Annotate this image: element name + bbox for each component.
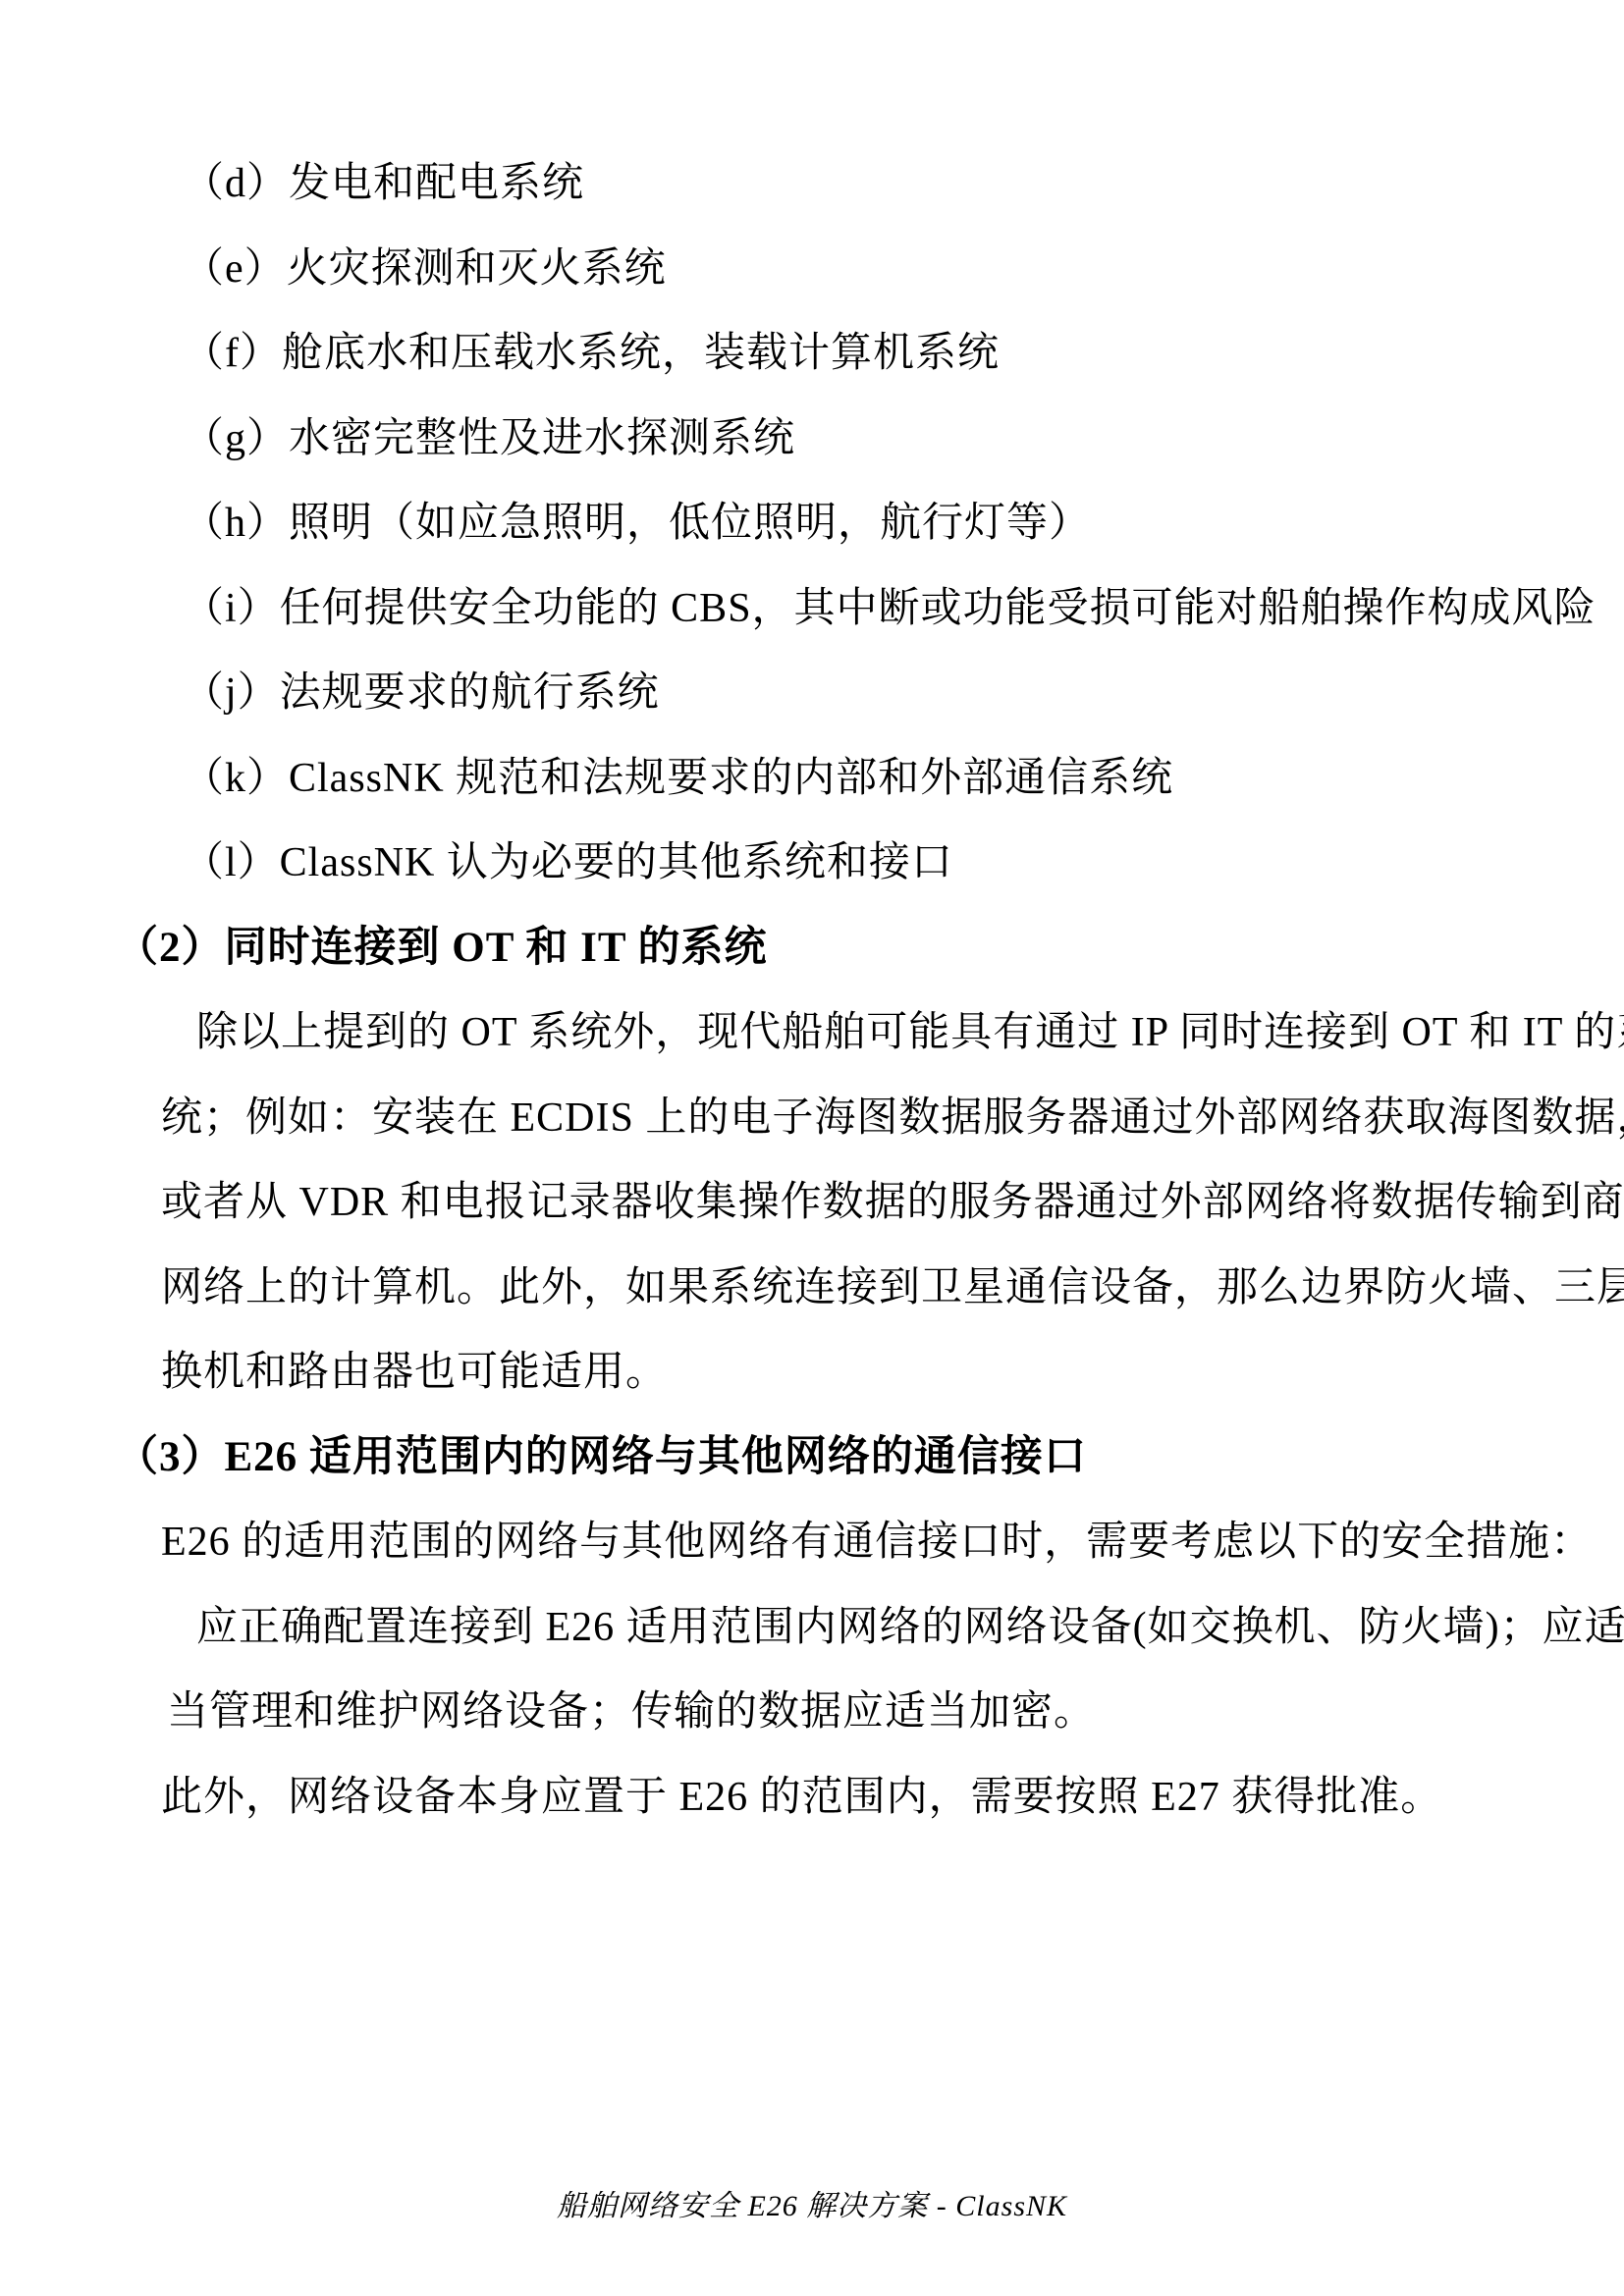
list-item-e: （e）火灾探测和灭火系统 [0, 227, 1624, 312]
section-3-paragraph-line-1: E26 的适用范围的网络与其他网络有通信接口时，需要考虑以下的安全措施： [0, 1500, 1624, 1585]
list-item-f: （f）舱底水和压载水系统，装载计算机系统 [0, 311, 1624, 397]
list-item-j: （j）法规要求的航行系统 [0, 651, 1624, 736]
document-page: （d）发电和配电系统 （e）火灾探测和灭火系统 （f）舱底水和压载水系统，装载计… [0, 0, 1624, 2296]
section-2-paragraph-line-2: 统；例如：安装在 ECDIS 上的电子海图数据服务器通过外部网络获取海图数据， [0, 1076, 1624, 1161]
page-footer: 船舶网络安全 E26 解决方案 - ClassNK [0, 2181, 1624, 2224]
list-item-i: （i）任何提供安全功能的 CBS，其中断或功能受损可能对船舶操作构成风险 [0, 566, 1624, 652]
section-3-heading: （3）E26 适用范围内的网络与其他网络的通信接口 [0, 1415, 1624, 1501]
section-2-paragraph-line-5: 换机和路由器也可能适用。 [0, 1330, 1624, 1415]
list-item-k: （k）ClassNK 规范和法规要求的内部和外部通信系统 [0, 736, 1624, 822]
document-body: （d）发电和配电系统 （e）火灾探测和灭火系统 （f）舱底水和压载水系统，装载计… [0, 141, 1624, 1840]
list-item-d: （d）发电和配电系统 [0, 141, 1624, 227]
section-3-paragraph-line-3: 当管理和维护网络设备；传输的数据应适当加密。 [0, 1670, 1624, 1755]
section-3-paragraph-line-4: 此外，网络设备本身应置于 E26 的范围内，需要按照 E27 获得批准。 [0, 1755, 1624, 1841]
section-2-paragraph-line-3: 或者从 VDR 和电报记录器收集操作数据的服务器通过外部网络将数据传输到商业 [0, 1160, 1624, 1246]
list-item-h: （h）照明（如应急照明，低位照明，航行灯等） [0, 481, 1624, 566]
list-item-g: （g）水密完整性及进水探测系统 [0, 397, 1624, 482]
list-item-l: （l）ClassNK 认为必要的其他系统和接口 [0, 821, 1624, 906]
section-2-paragraph-line-1: 除以上提到的 OT 系统外，现代船舶可能具有通过 IP 同时连接到 OT 和 I… [0, 990, 1624, 1076]
section-3-paragraph-line-2: 应正确配置连接到 E26 适用范围内网络的网络设备(如交换机、防火墙)；应适 [0, 1585, 1624, 1671]
section-2-paragraph-line-4: 网络上的计算机。此外，如果系统连接到卫星通信设备，那么边界防火墙、三层交 [0, 1246, 1624, 1331]
section-2-heading: （2）同时连接到 OT 和 IT 的系统 [0, 906, 1624, 991]
